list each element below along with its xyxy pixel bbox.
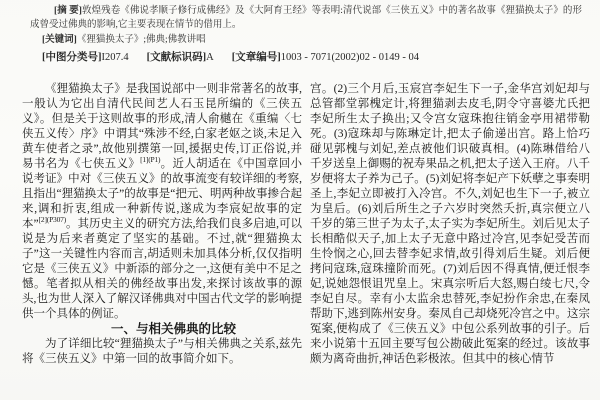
article-id-value: 1003 - 7071(2002)02 - 0149 - 04 <box>281 52 419 63</box>
clc-value: I207.4 <box>102 52 129 63</box>
classification-line: [中图分类号]I207.4[文献标识码]A[文章编号]1003 - 7071(2… <box>30 50 582 66</box>
frontmatter: [摘 要]敦煌残卷《佛说孝顺子修行成佛经》及《大阿育王经》等表明:清代说部《三侠… <box>30 4 582 66</box>
body-columns: 《狸猫换太子》是我国说部中一则非常著名的故事,一般认为它出自清代民间艺人石玉昆所… <box>22 82 590 400</box>
citation-1: [1](P1) <box>140 155 160 164</box>
doc-code-value: A <box>206 52 214 63</box>
clc-label: [中图分类号] <box>42 52 102 63</box>
right-paragraph: 宫。(2)三个月后,玉宸宫李妃生下一子,金华宫刘妃却与总管都堂郭槐定计,将狸猫剥… <box>310 82 590 367</box>
citation-2: [2](P307) <box>39 215 66 224</box>
abstract-line: [摘 要]敦煌残卷《佛说孝顺子修行成佛经》及《大阿育王经》等表明:清代说部《三侠… <box>30 4 582 32</box>
doc-code-label: [文献标识码] <box>147 52 207 63</box>
left-p1-text-a: 《狸猫换太子》是我国说部中一则非常著名的故事,一般认为它出自清代民间艺人石玉昆所… <box>22 83 302 170</box>
right-column: 宫。(2)三个月后,玉宸宫李妃生下一子,金华宫刘妃却与总管都堂郭槐定计,将狸猫剥… <box>310 82 590 400</box>
scanned-paper-page: [摘 要]敦煌残卷《佛说孝顺子修行成佛经》及《大阿育王经》等表明:清代说部《三侠… <box>0 0 600 400</box>
left-p1-text-c: 。其历史主义的研究方法,给我们良多启迪,可以说是为后来者奠定了坚实的基础。不过,… <box>22 218 302 320</box>
abstract-label: [摘 要] <box>54 6 82 16</box>
keywords-text: 《狸猫换太子》;佛典;佛教讲唱 <box>77 35 206 45</box>
left-paragraph-2: 为了详细比较“狸猫换太子”与相关佛典之关系,兹先将《三侠五义》中第一回的故事简介… <box>22 337 302 367</box>
article-id-label: [文章编号] <box>232 52 281 63</box>
abstract-text: 敦煌残卷《佛说孝顺子修行成佛经》及《大阿育王经》等表明:清代说部《三侠五义》中的… <box>30 6 582 30</box>
left-column: 《狸猫换太子》是我国说部中一则非常著名的故事,一般认为它出自清代民间艺人石玉昆所… <box>22 82 302 400</box>
section-heading: 一、与相关佛典的比较 <box>22 322 302 337</box>
keywords-line: [关键词]《狸猫换太子》;佛典;佛教讲唱 <box>30 33 582 47</box>
keywords-label: [关键词] <box>42 35 77 45</box>
left-paragraph-1: 《狸猫换太子》是我国说部中一则非常著名的故事,一般认为它出自清代民间艺人石玉昆所… <box>22 82 302 322</box>
